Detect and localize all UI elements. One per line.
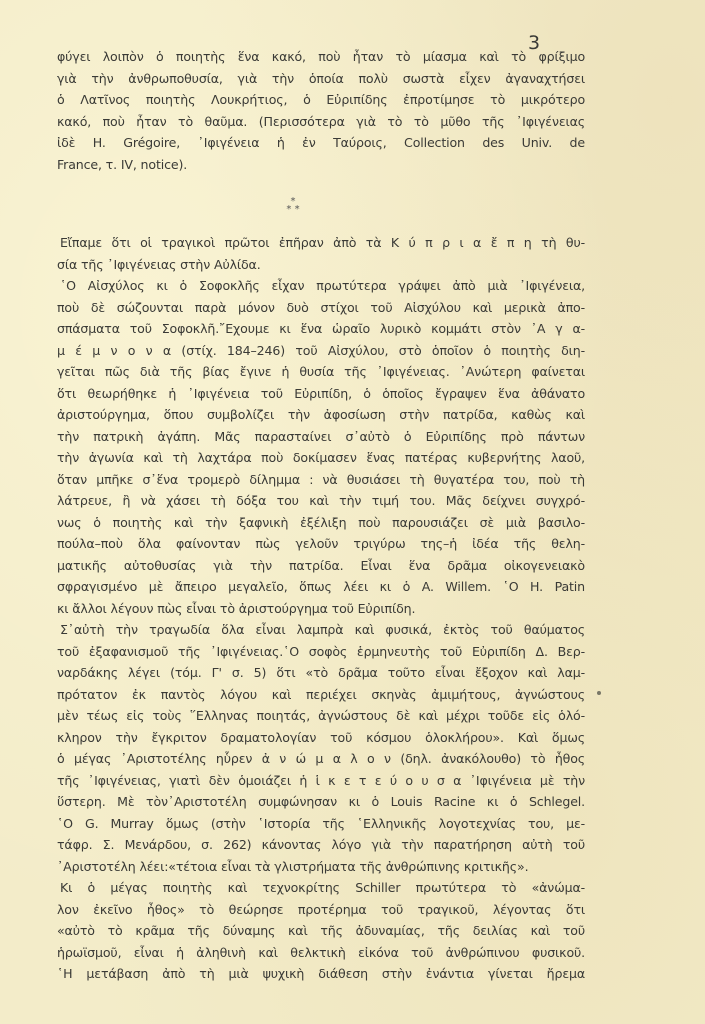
text-line: κι ἄλλοι λέγουν πὼς εἶναι τὸ ἀριστούργημ… [57, 598, 585, 620]
text-line: γιὰ τὴν ἀνθρωποθυσία, γιὰ τὴν ὁποία πολὺ… [57, 68, 585, 90]
text-line: μ έ μ ν ο ν α (στίχ. 184–246) τοῦ Αἰσχύλ… [57, 340, 585, 362]
text-line: τὴν πατρικὴ ἀγάπη. Μᾶς παρασταίνει σ᾿αὐτ… [57, 426, 585, 448]
text-line: ὕστερη. Μὲ τὸν᾿Αριστοτέλη συμφώνησαν κι … [57, 791, 585, 813]
text-line: ἰδὲ H. Grégoire, ᾿Ιφιγένεια ἡ ἐν Ταύροις… [57, 132, 585, 154]
text-line: γεῖται πῶς διὰ τῆς βίας ἔγινε ἡ θυσία τῆ… [57, 361, 585, 383]
text-line: ποὺ δὲ σώζουνται παρὰ μόνον δυὸ στίχοι τ… [57, 297, 585, 319]
text-line: ματικῆς αὐτοθυσίας γιὰ τὴν πατρίδα. Εἶνα… [57, 555, 585, 577]
text-line: ὁ μέγας ᾿Αριστοτέλης ηὗρεν ἀ ν ώ μ α λ ο… [57, 748, 585, 770]
text-line: ᾿Αριστοτέλη λέει:«τέτοια εἶναι τὰ γλιστρ… [57, 856, 585, 878]
text-line: Εἴπαμε ὅτι οἱ τραγικοὶ πρῶτοι ἐπῆραν ἀπὸ… [57, 232, 585, 254]
text-line: τοῦ ἐξαφανισμοῦ τῆς ᾿Ιφιγένειας.῾Ο σοφὸς… [57, 641, 585, 663]
text-line: πρότατον ἐκ παντὸς λόγου καὶ περιέχει σκ… [57, 684, 585, 706]
text-line: ὅταν μπῆκε σ᾿ἕνα τρομερὸ δίλημμα : νὰ θυ… [57, 469, 585, 491]
text-line: ῾Ο G. Murray ὅμως (στὴν ῾Ιστορία τῆς ῾Ελ… [57, 813, 585, 835]
text-line: ῾Ο Αἰσχύλος κι ὁ Σοφοκλῆς εἶχαν πρωτύτερ… [57, 275, 585, 297]
text-line: φύγει λοιπὸν ὁ ποιητὴς ἕνα κακό, ποὺ ἦτα… [57, 46, 585, 68]
text-line: σία τῆς ᾿Ιφιγένειας στὴν Αὐλίδα. [57, 254, 585, 276]
text-block-before-break: φύγει λοιπὸν ὁ ποιητὴς ἕνα κακό, ποὺ ἦτα… [57, 46, 585, 175]
text-line: λάτρευε, ἢ νὰ χάσει τὴ δόξα του καὶ τὴν … [57, 490, 585, 512]
text-line: ναρδάκης λέγει (τόμ. Γ' σ. 5) ὅτι «τὸ δρ… [57, 662, 585, 684]
section-break-asterism: * * * [282, 198, 304, 214]
text-line: νως ὁ ποιητὴς καὶ τὴν ξαφνικὴ ἐξέλιξη πο… [57, 512, 585, 534]
text-line: Κι ὁ μέγας ποιητὴς καὶ τεχνοκρίτης Schil… [57, 877, 585, 899]
paper-speck [597, 691, 601, 695]
text-line: τάφρ. Σ. Μενάρδου, σ. 262) κάνοντας λόγο… [57, 834, 585, 856]
asterism-bottom: * * [286, 204, 299, 215]
text-line: ἡρωϊσμοῦ, εἶναι ἡ ἀληθινὴ καὶ θελκτικὴ ε… [57, 942, 585, 964]
text-line: ἀριστούργημα, ὅπου συμβολίζει τὴν ἀφοσίω… [57, 404, 585, 426]
text-line: πούλα–ποὺ ὅλα φαίνονταν πὼς γελοῦν τριγύ… [57, 533, 585, 555]
text-line: τὴν ἀγωνία καὶ τὴ λαχτάρα ποὺ δοκίμασεν … [57, 447, 585, 469]
text-line: σφραγισμένο μὲ ἄπειρο μεγαλεῖο, ὅπως λέε… [57, 576, 585, 598]
text-block-after-break: Εἴπαμε ὅτι οἱ τραγικοὶ πρῶτοι ἐπῆραν ἀπὸ… [57, 232, 585, 985]
text-line: Σ᾿αὐτὴ τὴν τραγωδία ὅλα εἶναι λαμπρὰ καὶ… [57, 619, 585, 641]
text-line: France, τ. IV, notice). [57, 154, 585, 176]
text-line: μὲν τέως εἰς τοὺς ῞Ελληνας ποιητάς, ἀγνώ… [57, 705, 585, 727]
text-line: ῾Η μετάβαση ἀπὸ τὴ μιὰ ψυχικὴ διάθεση στ… [57, 963, 585, 985]
text-line: λον ἐκεῖνο ἦθος» τὸ θεώρησε προτέρημα το… [57, 899, 585, 921]
text-line: τῆς ᾿Ιφιγένειας, γιατὶ δὲν ὁμοιάζει ἡ ἱ … [57, 770, 585, 792]
text-line: «αὐτὸ τὸ κρᾶμα τῆς δύναμης καὶ τῆς ἀδυνα… [57, 920, 585, 942]
text-line: ὁ Λατῖνος ποιητὴς Λουκρήτιος, ὁ Εὐριπίδη… [57, 89, 585, 111]
text-line: σπάσματα τοῦ Σοφοκλῆ.῎Εχουμε κι ἕνα ὡραῖ… [57, 318, 585, 340]
text-line: ὅτι θεωρήθηκε ἡ ᾿Ιφιγένεια τοῦ Εὐριπίδη,… [57, 383, 585, 405]
text-line: κληρον τὴν ἔγκριτον δραματολογίαν τοῦ κό… [57, 727, 585, 749]
text-line: κακό, ποὺ ἦταν τὸ θαῦμα. (Περισσότερα γι… [57, 111, 585, 133]
